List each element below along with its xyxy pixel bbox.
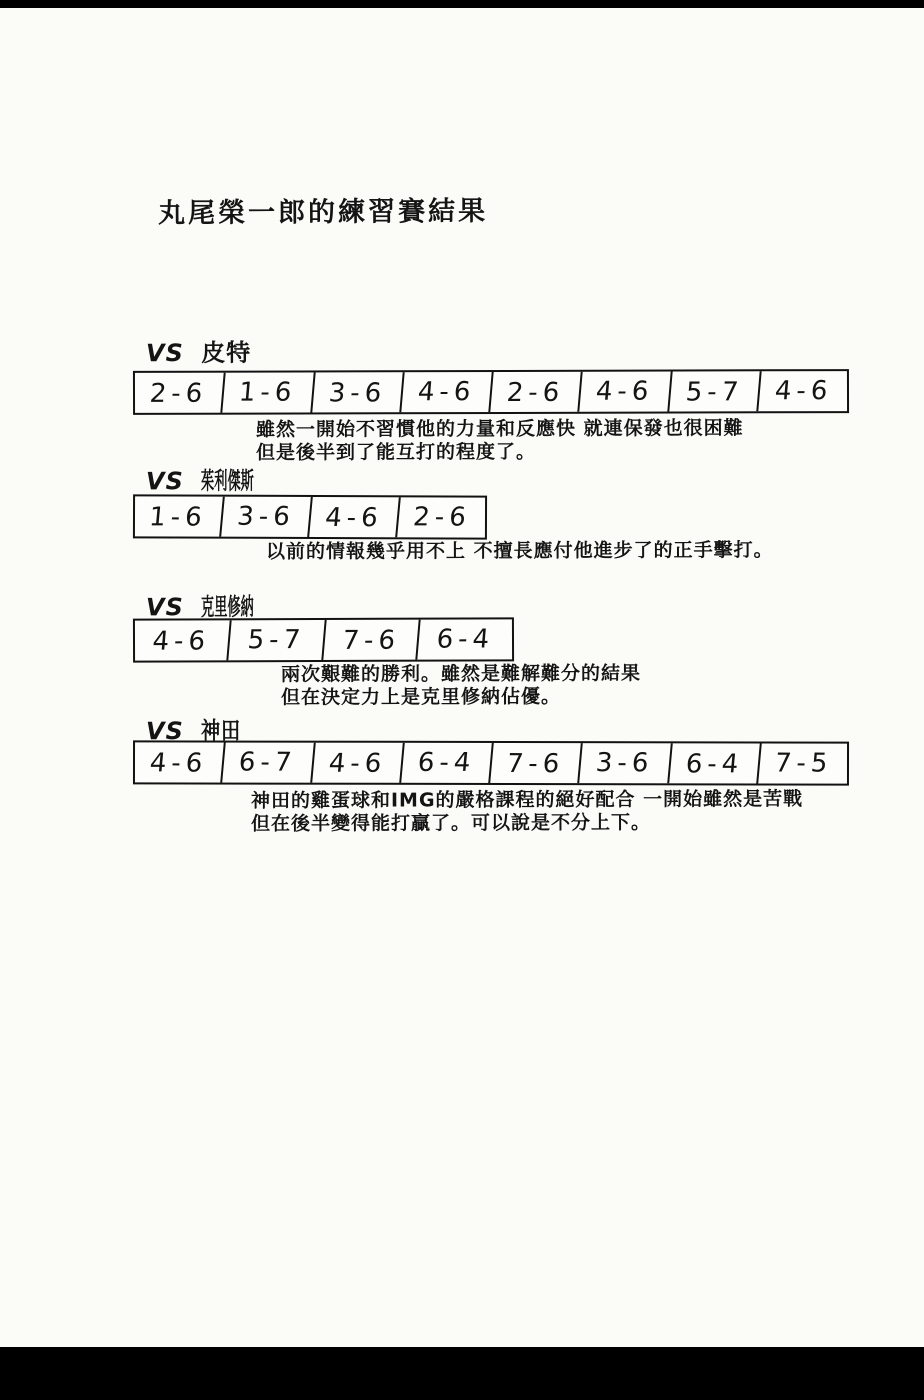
comment-line: 兩次艱難的勝利。雖然是難解難分的結果 [281, 662, 641, 686]
opponent-header-julietes: VS 茱利傑斯 [146, 461, 297, 497]
opponent-name: 克里修納 [201, 587, 254, 622]
score-cell: 6-4 [399, 743, 492, 783]
score-cell: 3-6 [577, 743, 670, 783]
vs-label: VS [146, 593, 184, 621]
match-comment: 兩次艱難的勝利。雖然是難解難分的結果 但在決定力上是克里修納佔優。 [281, 662, 641, 709]
score-cell: 2-6 [133, 373, 224, 413]
score-cell: 6-7 [220, 743, 313, 783]
score-table-pete: 2-6 1-6 3-6 4-6 2-6 4-6 5-7 4-6 [133, 369, 849, 415]
match-comment: 雖然一開始不習慣他的力量和反應快 就連保發也很困難 但是後半到了能互打的程度了。 [256, 417, 744, 465]
score-cell: 2-6 [488, 372, 581, 412]
score-cell: 2-6 [395, 497, 487, 537]
page-title: 丸尾榮一郎的練習賽結果 [158, 189, 488, 230]
score-table-krishna: 4-6 5-7 7-6 6-4 [133, 617, 514, 662]
opponent-header-pete: VS 皮特 [146, 333, 251, 369]
comment-line: 雖然一開始不習慣他的力量和反應快 就連保發也很困難 [256, 417, 744, 442]
match-comment: 以前的情報幾乎用不上 不擅長應付他進步了的正手擊打。 [266, 539, 774, 564]
opponent-header-krishna: VS 克里修納 [146, 587, 297, 623]
score-cell: 4-6 [310, 743, 403, 783]
score-cell: 7-6 [321, 620, 419, 660]
score-table-julietes: 1-6 3-6 4-6 2-6 [133, 494, 487, 539]
score-table-kanda: 4-6 6-7 4-6 6-4 7-6 3-6 6-4 7-5 [133, 740, 849, 785]
comment-line: 神田的雞蛋球和IMG的嚴格課程的絕好配合 一開始雖然是苦戰 [251, 788, 803, 813]
page-edge-bottom [0, 1347, 924, 1400]
comment-line: 但在決定力上是克里修納佔優。 [281, 685, 641, 709]
score-cell: 4-6 [133, 742, 224, 782]
comment-line: 但是後半到了能互打的程度了。 [256, 440, 744, 465]
score-cell: 4-6 [307, 497, 399, 537]
score-cell: 6-4 [416, 619, 514, 659]
score-cell: 4-6 [133, 620, 229, 660]
score-cell: 5-7 [667, 371, 760, 411]
score-cell: 4-6 [578, 372, 671, 412]
score-cell: 3-6 [310, 372, 403, 412]
score-cell: 4-6 [756, 371, 849, 411]
score-cell: 5-7 [226, 620, 324, 660]
score-cell: 3-6 [219, 497, 311, 537]
page-edge-top [0, 0, 924, 8]
vs-label: VS [146, 339, 184, 367]
score-cell: 1-6 [133, 496, 223, 536]
score-cell: 6-4 [667, 743, 760, 783]
match-comment: 神田的雞蛋球和IMG的嚴格課程的絕好配合 一開始雖然是苦戰 但在後半變得能打贏了… [251, 788, 803, 836]
comment-line: 以前的情報幾乎用不上 不擅長應付他進步了的正手擊打。 [266, 539, 774, 564]
score-cell: 7-5 [756, 743, 849, 783]
vs-label: VS [146, 467, 184, 495]
score-cell: 1-6 [221, 372, 314, 412]
score-cell: 7-6 [488, 743, 581, 783]
opponent-name: 皮特 [201, 333, 251, 368]
comment-line: 但在後半變得能打贏了。可以說是不分上下。 [251, 811, 803, 836]
score-cell: 4-6 [399, 372, 492, 412]
opponent-name: 茱利傑斯 [201, 461, 254, 496]
